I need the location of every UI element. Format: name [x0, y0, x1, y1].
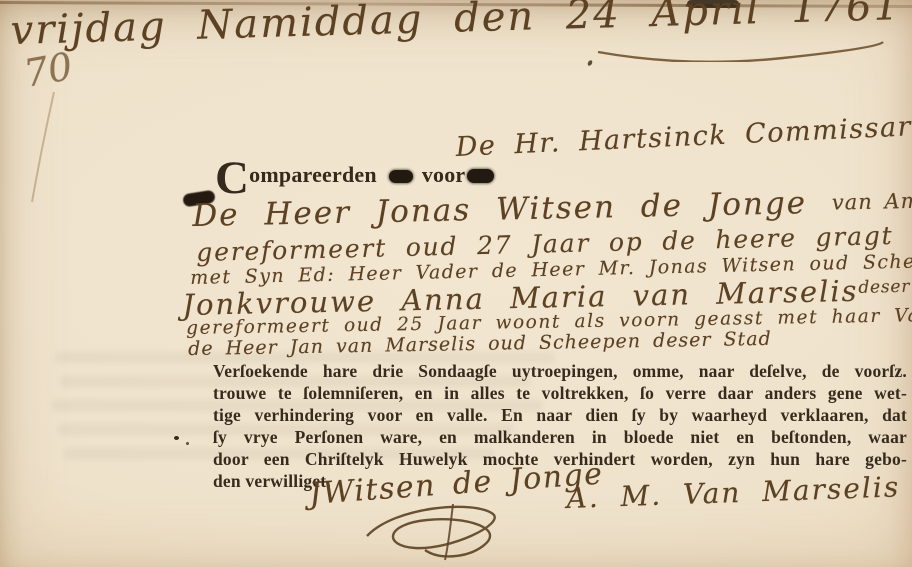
ink-blot [467, 169, 494, 183]
manuscript-page: vrijdag Namiddag den 24 April 1761 70 De… [0, 0, 912, 567]
page-number-pen-stroke [28, 88, 68, 208]
ink-blot [389, 170, 413, 183]
hand-line-tail: van Am [832, 189, 912, 215]
opening-word: voor [422, 162, 466, 187]
printed-line: trouwe te ſolemniſeren, en in alles te v… [213, 383, 907, 405]
ink-speck [174, 436, 179, 440]
ink-speck [587, 59, 593, 66]
printed-line: Verſoekende hare drie Sondaagſe uytroepi… [213, 361, 907, 383]
commissaris-note: De Hr. Hartsinck Commissaris [455, 110, 912, 163]
date-underline-flourish [592, 30, 892, 62]
signature-flourish [355, 498, 555, 566]
printed-line: tige verhindering voor en valle. En naar… [213, 405, 907, 427]
hand-line-superscript: deser Stad [858, 276, 912, 298]
opening-word: ompareerden [249, 162, 377, 187]
opening-line: Compareerden voor [215, 160, 494, 196]
printed-line: ſy vrye Perſonen ware, en malkanderen in… [213, 427, 907, 449]
ink-speck [186, 442, 189, 445]
